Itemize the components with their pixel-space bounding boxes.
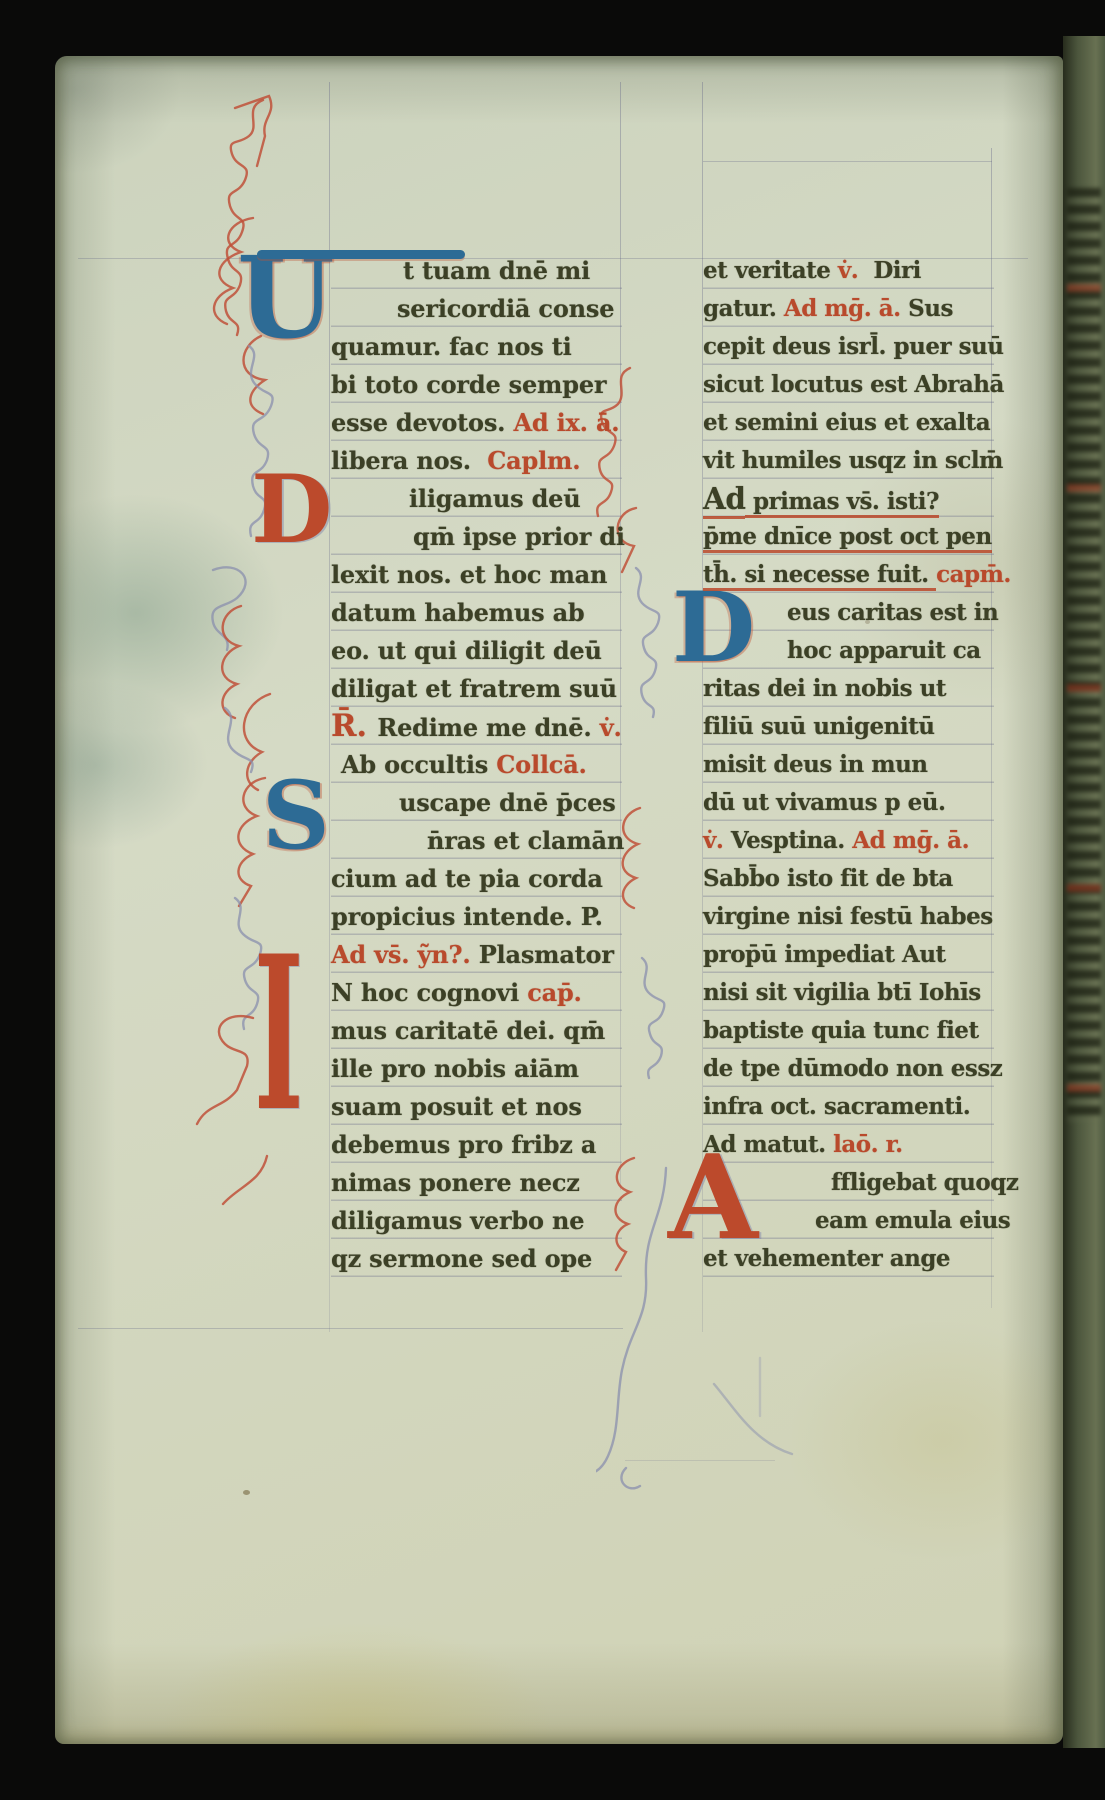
text-segment: Redime me dnē. bbox=[377, 713, 599, 742]
manuscript-text-line: suam posuit et nos bbox=[331, 1088, 631, 1126]
text-segment: et semini eius et exalta bbox=[703, 409, 990, 436]
pen-stroke bbox=[621, 1468, 640, 1488]
text-segment: cium ad te pia corda bbox=[331, 864, 603, 893]
text-segment: Ad matut. bbox=[703, 1131, 833, 1158]
pen-stroke bbox=[642, 958, 664, 1078]
manuscript-text-line: Sabb̄o isto fit de bta bbox=[703, 860, 1003, 898]
text-segment: uscape dnē p̄ces bbox=[399, 788, 616, 817]
text-column-left: t tuam dnē misericordiā consequamur. fac… bbox=[331, 252, 631, 1278]
horizontal-ruling bbox=[703, 161, 992, 162]
pen-stroke bbox=[238, 778, 265, 906]
manuscript-text-line: nisi sit vigilia btī Iohīs bbox=[703, 974, 1003, 1012]
manuscript-text-line: v̇. Vesptina. Ad mḡ. ā. bbox=[703, 822, 1003, 860]
manuscript-text-line: propicius intende. P. bbox=[331, 898, 631, 936]
text-segment: baptiste quia tunc fiet bbox=[703, 1017, 979, 1044]
manuscript-text-line: debemus pro fribz a bbox=[331, 1126, 631, 1164]
manuscript-text-line: vit humiles usqz in sclm̄ bbox=[703, 442, 1003, 480]
manuscript-text-line: mus caritatē dei. qm̄ bbox=[331, 1012, 631, 1050]
adjacent-page-edge bbox=[1063, 36, 1105, 1748]
parchment-stain-speck bbox=[243, 1490, 250, 1495]
manuscript-text-line: nimas ponere necz bbox=[331, 1164, 631, 1202]
manuscript-text-line: gatur. Ad mḡ. ā. Sus bbox=[703, 290, 1003, 328]
text-segment: diligat et fratrem suū bbox=[331, 674, 617, 703]
pen-stroke bbox=[714, 1384, 792, 1454]
text-segment: esse devotos. bbox=[331, 408, 513, 437]
pen-stroke bbox=[223, 1156, 267, 1204]
manuscript-text-line: t tuam dnē mi bbox=[331, 252, 631, 290]
text-segment: cepit deus isrl̄. puer suū bbox=[703, 333, 1004, 360]
text-segment: laō. r. bbox=[833, 1131, 903, 1158]
text-segment: ille pro nobis aiām bbox=[331, 1054, 579, 1083]
text-segment: debemus pro fribz a bbox=[331, 1130, 596, 1159]
manuscript-text-line: ritas dei in nobis ut bbox=[703, 670, 1003, 708]
text-segment: n̄ras et clamān bbox=[427, 826, 624, 855]
text-segment: de tpe dūmodo non essz bbox=[703, 1055, 1002, 1082]
text-segment: prop̄ū impediat Aut bbox=[703, 941, 946, 968]
text-segment: virgine nisi festū habes bbox=[703, 903, 993, 930]
manuscript-photo: U D S I D A t tuam dnē misericordiā cons… bbox=[0, 0, 1105, 1800]
drop-cap-U-ut-tuam: U bbox=[237, 243, 335, 355]
manuscript-text-line: eus caritas est in bbox=[703, 594, 1003, 632]
manuscript-text-line: p̄me dnīce post oct pen bbox=[703, 518, 1003, 556]
manuscript-text-line: bi toto corde semper bbox=[331, 366, 631, 404]
manuscript-text-line: prop̄ū impediat Aut bbox=[703, 936, 1003, 974]
text-segment: ffligebat quoqz bbox=[831, 1169, 1018, 1196]
text-segment: Collcā. bbox=[496, 750, 586, 779]
manuscript-text-line: Ad primas vs̄. isti? bbox=[703, 480, 1003, 518]
text-segment: Ab occultis bbox=[341, 750, 496, 779]
manuscript-text-line: sericordiā conse bbox=[331, 290, 631, 328]
manuscript-text-line: quamur. fac nos ti bbox=[331, 328, 631, 366]
manuscript-text-line: sicut locutus est Abrahā bbox=[703, 366, 1003, 404]
text-column-right: et veritate v̇. Dirigatur. Ad mḡ. ā. Sus… bbox=[703, 252, 1003, 1278]
adjacent-page-blurred-text bbox=[1067, 188, 1101, 1123]
manuscript-text-line: qz sermone sed ope bbox=[331, 1240, 631, 1278]
manuscript-text-line: et semini eius et exalta bbox=[703, 404, 1003, 442]
text-segment: v̇. bbox=[703, 827, 731, 854]
manuscript-text-line: datum habemus ab bbox=[331, 594, 631, 632]
drop-cap-D-diligamus: D bbox=[251, 463, 333, 557]
text-segment: Vesptina. bbox=[731, 827, 852, 854]
text-segment: quamur. fac nos ti bbox=[331, 332, 572, 361]
text-segment: eo. ut qui diligit deū bbox=[331, 636, 602, 665]
text-segment: v̇. bbox=[838, 257, 866, 284]
text-segment: qz sermone sed ope bbox=[331, 1244, 592, 1273]
text-segment: lexit nos. et hoc man bbox=[331, 560, 607, 589]
text-segment: Sus bbox=[908, 295, 953, 322]
drop-cap-I-in-hoc: I bbox=[254, 928, 304, 1140]
manuscript-text-line: esse devotos. Ad ix. ā. bbox=[331, 404, 631, 442]
manuscript-text-line: Ab occultis Collcā. bbox=[331, 746, 631, 784]
pen-stroke bbox=[212, 567, 245, 650]
text-segment: diligamus verbo ne bbox=[331, 1206, 584, 1235]
text-segment: qm̄ ipse prior di bbox=[413, 522, 625, 551]
text-segment: Plasmator bbox=[479, 940, 614, 969]
text-segment: Caplm. bbox=[487, 446, 580, 475]
text-segment: v̇. bbox=[600, 713, 622, 742]
text-segment: Ad ix. ā. bbox=[513, 408, 619, 437]
manuscript-text-line: iligamus deū bbox=[331, 480, 631, 518]
text-segment: misit deus in mun bbox=[703, 751, 928, 778]
horizontal-ruling bbox=[78, 1328, 623, 1329]
manuscript-text-line: hoc apparuit ca bbox=[703, 632, 1003, 670]
manuscript-text-line: dū ut vivamus p eū. bbox=[703, 784, 1003, 822]
manuscript-text-line: eam emula eius bbox=[703, 1202, 1003, 1240]
manuscript-text-line: qm̄ ipse prior di bbox=[331, 518, 631, 556]
text-segment: Diri bbox=[866, 257, 921, 284]
text-segment: sicut locutus est Abrahā bbox=[703, 371, 1004, 398]
manuscript-text-line: infra oct. sacramenti. bbox=[703, 1088, 1003, 1126]
text-segment: Sabb̄o isto fit de bta bbox=[703, 865, 953, 892]
text-segment: Ad mḡ. ā. bbox=[784, 295, 908, 322]
text-segment: infra oct. sacramenti. bbox=[703, 1093, 970, 1120]
pen-stroke bbox=[222, 606, 241, 718]
manuscript-text-line: diligat et fratrem suū bbox=[331, 670, 631, 708]
text-segment: vit humiles usqz in sclm̄ bbox=[703, 447, 1003, 474]
text-segment: iligamus deū bbox=[409, 484, 581, 513]
manuscript-text-line: Ad vs̄. ỹn?. Plasmator bbox=[331, 936, 631, 974]
manuscript-text-line: n̄ras et clamān bbox=[331, 822, 631, 860]
manuscript-text-line: misit deus in mun bbox=[703, 746, 1003, 784]
text-segment: nisi sit vigilia btī Iohīs bbox=[703, 979, 981, 1006]
text-segment: t tuam dnē mi bbox=[403, 256, 590, 285]
manuscript-text-line: et veritate v̇. Diri bbox=[703, 252, 1003, 290]
text-segment: Ad vs̄. ỹn?. bbox=[331, 940, 479, 969]
manuscript-text-line: cepit deus isrl̄. puer suū bbox=[703, 328, 1003, 366]
text-segment: mus caritatē dei. qm̄ bbox=[331, 1016, 605, 1045]
manuscript-text-line: virgine nisi festū habes bbox=[703, 898, 1003, 936]
text-segment: primas vs̄. isti? bbox=[745, 488, 939, 518]
text-segment: et vehementer ange bbox=[703, 1245, 950, 1272]
manuscript-text-line: uscape dnē p̄ces bbox=[331, 784, 631, 822]
text-segment: Ad bbox=[703, 481, 745, 519]
text-segment: gatur. bbox=[703, 295, 784, 322]
text-segment: cap̄. bbox=[527, 978, 582, 1007]
manuscript-text-line: lexit nos. et hoc man bbox=[331, 556, 631, 594]
text-segment: libera nos. bbox=[331, 446, 487, 475]
text-segment: dū ut vivamus p eū. bbox=[703, 789, 946, 816]
text-segment: suam posuit et nos bbox=[331, 1092, 582, 1121]
text-segment: sericordiā conse bbox=[397, 294, 614, 323]
manuscript-text-line: R̄. Redime me dnē. v̇. bbox=[331, 708, 631, 746]
manuscript-text-line: de tpe dūmodo non essz bbox=[703, 1050, 1003, 1088]
pen-stroke bbox=[636, 568, 659, 717]
text-segment: filiū suū unigenitū bbox=[703, 713, 934, 740]
text-segment: capm̄. bbox=[936, 561, 1011, 588]
text-segment: ritas dei in nobis ut bbox=[703, 675, 946, 702]
text-segment: Ad mḡ. ā. bbox=[852, 827, 969, 854]
text-segment: R̄. bbox=[331, 708, 377, 744]
manuscript-text-line: filiū suū unigenitū bbox=[703, 708, 1003, 746]
text-segment: datum habemus ab bbox=[331, 598, 585, 627]
manuscript-text-line: diligamus verbo ne bbox=[331, 1202, 631, 1240]
text-segment: N hoc cognovi bbox=[331, 978, 527, 1007]
text-segment: hoc apparuit ca bbox=[787, 637, 981, 664]
text-segment: th̄. si necesse fuit. bbox=[703, 561, 936, 591]
text-segment: et veritate bbox=[703, 257, 838, 284]
manuscript-text-line: ille pro nobis aiām bbox=[331, 1050, 631, 1088]
manuscript-text-line: cium ad te pia corda bbox=[331, 860, 631, 898]
manuscript-text-line: baptiste quia tunc fiet bbox=[703, 1012, 1003, 1050]
manuscript-text-line: N hoc cognovi cap̄. bbox=[331, 974, 631, 1012]
text-segment: bi toto corde semper bbox=[331, 370, 606, 399]
manuscript-text-line: eo. ut qui diligit deū bbox=[331, 632, 631, 670]
manuscript-text-line: libera nos. Caplm. bbox=[331, 442, 631, 480]
text-segment: nimas ponere necz bbox=[331, 1168, 580, 1197]
text-segment: p̄me dnīce post oct pen bbox=[703, 523, 992, 553]
manuscript-text-line: et vehementer ange bbox=[703, 1240, 1003, 1278]
pen-flourish-bottom bbox=[688, 1356, 818, 1506]
text-segment: eus caritas est in bbox=[787, 599, 998, 626]
drop-cap-S-suscipe: S bbox=[262, 769, 330, 863]
text-segment: propicius intende. P. bbox=[331, 902, 603, 931]
manuscript-text-line: th̄. si necesse fuit. capm̄. bbox=[703, 556, 1003, 594]
text-segment: eam emula eius bbox=[815, 1207, 1010, 1234]
manuscript-text-line: Ad matut. laō. r. bbox=[703, 1126, 1003, 1164]
manuscript-text-line: ffligebat quoqz bbox=[703, 1164, 1003, 1202]
pen-stroke bbox=[197, 1016, 253, 1124]
